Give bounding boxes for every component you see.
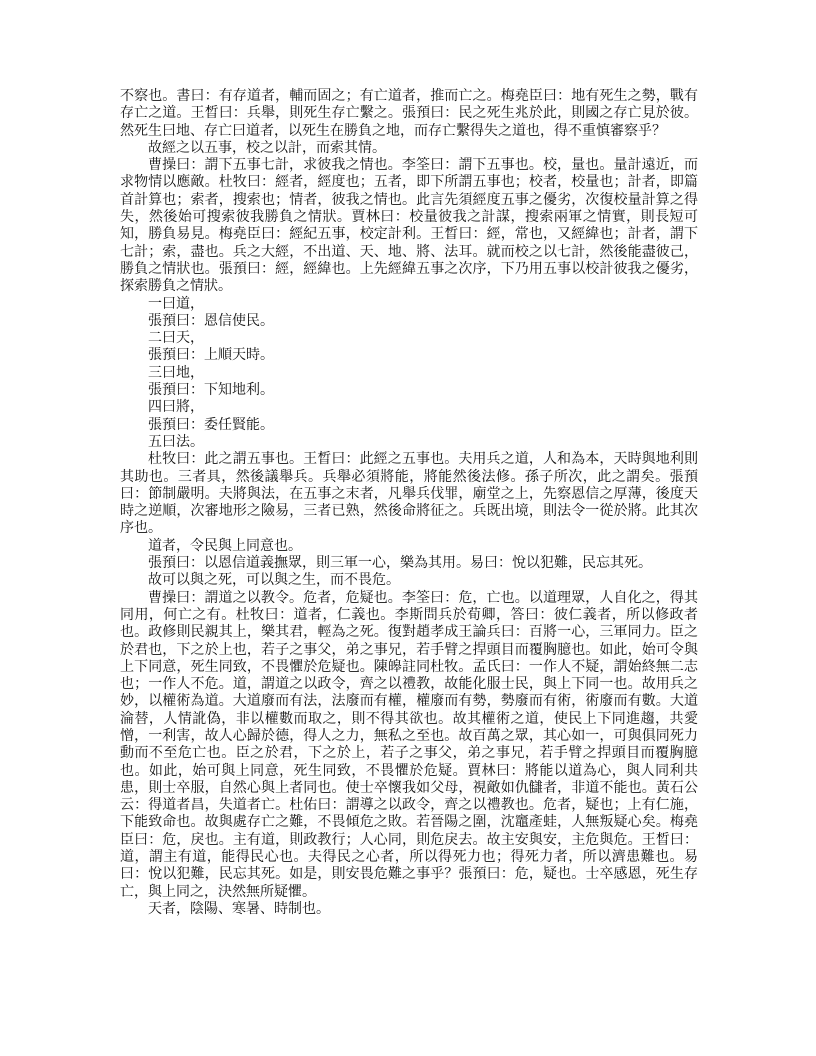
paragraph-item-jiang: 四曰將， [120,399,698,416]
paragraph-main-text: 道者，令民與上同意也。 [120,538,698,555]
paragraph-item-di: 三曰地， [120,365,698,382]
paragraph-main-text: 天者，陰陽、寒暑、時制也。 [120,901,698,918]
paragraph-commentary: 張預曰：恩信使民。 [120,313,698,330]
document-page: 不察也。書曰：有存道者，輔而固之；有亡道者，推而亡之。梅堯臣曰：地有死生之勢，戰… [0,0,816,1056]
paragraph-main-text: 故經之以五事，校之以計，而索其情。 [120,140,698,157]
paragraph-commentary: 張預曰：委任賢能。 [120,417,698,434]
paragraph-commentary: 張預曰：上順天時。 [120,347,698,364]
paragraph-item-tian: 二曰天， [120,330,698,347]
paragraph-commentary: 曹操曰：謂道之以教令。危者，危疑也。李筌曰：危，亡也。以道理眾，人自化之，得其同… [120,590,698,901]
paragraph-commentary: 張預曰：以恩信道義撫眾，則三軍一心，樂為其用。易曰：悅以犯難，民忘其死。 [120,555,698,572]
paragraph-commentary: 杜牧曰：此之謂五事也。王晳曰：此經之五事也。夫用兵之道，人和為本，天時與地利則其… [120,451,698,537]
paragraph-continuation: 不察也。書曰：有存道者，輔而固之；有亡道者，推而亡之。梅堯臣曰：地有死生之勢，戰… [120,88,698,140]
text-block: 不察也。書曰：有存道者，輔而固之；有亡道者，推而亡之。梅堯臣曰：地有死生之勢，戰… [120,88,698,918]
paragraph-commentary: 張預曰：下知地利。 [120,382,698,399]
paragraph-commentary: 曹操曰：謂下五事七計，求彼我之情也。李筌曰：謂下五事也。校，量也。量計遠近，而求… [120,157,698,295]
paragraph-main-text: 故可以與之死，可以與之生，而不畏危。 [120,572,698,589]
paragraph-item-fa: 五曰法。 [120,434,698,451]
paragraph-item-dao: 一曰道， [120,296,698,313]
